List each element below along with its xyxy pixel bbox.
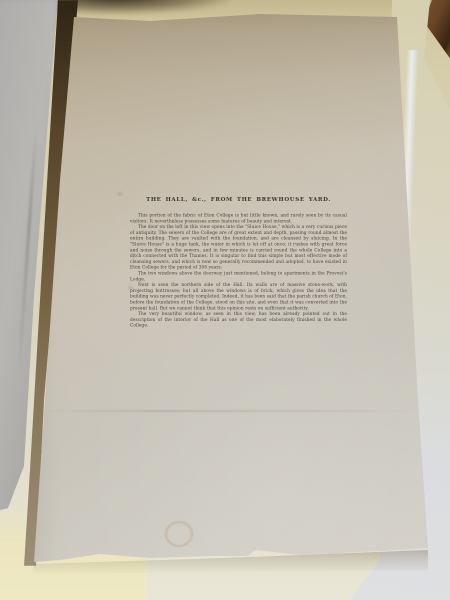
paragraph: This portion of the fabric of Eton Colle… (130, 213, 347, 225)
paragraph: Next is seen the northern side of the Ha… (130, 283, 347, 312)
paragraph: The very beautiful window, as seen in th… (130, 312, 347, 329)
page-crease (40, 410, 420, 412)
photo-of-book-page: THE HALL, &c., FROM THE BREWHOUSE YARD. … (0, 0, 450, 600)
body-copy: This portion of the fabric of Eton Colle… (130, 213, 347, 329)
letterpress-text-block: THE HALL, &c., FROM THE BREWHOUSE YARD. … (130, 196, 347, 336)
foxing-spot (118, 192, 122, 196)
ring-stain (165, 521, 193, 547)
paragraph: The two windows above the doorway just m… (130, 271, 347, 283)
page-title: THE HALL, &c., FROM THE BREWHOUSE YARD. (130, 196, 347, 203)
paragraph: The door on the left in this view opens … (130, 225, 347, 271)
